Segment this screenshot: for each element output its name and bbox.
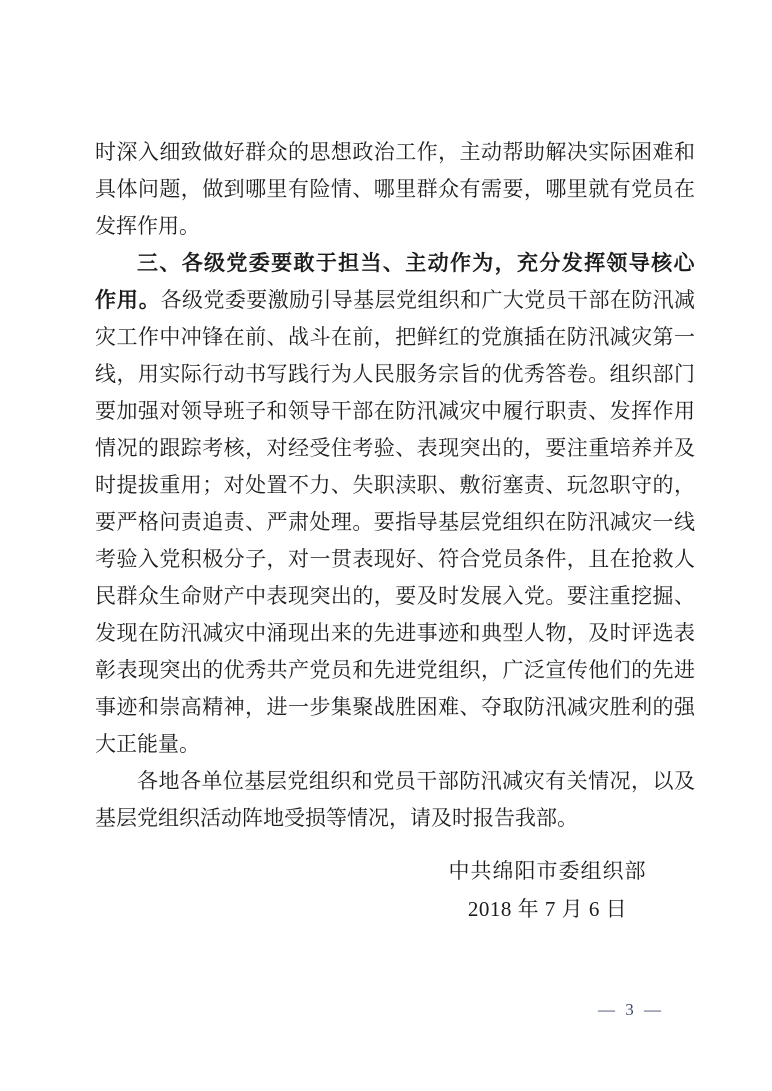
paragraph: 三、各级党委要敢于担当、主动作为，充分发挥领导核心作用。各级党委要激励引导基层党… xyxy=(95,245,695,763)
document-body: 时深入细致做好群众的思想政治工作，主动帮助解决实际困难和具体问题，做到哪里有险情… xyxy=(95,134,695,837)
paragraph-text-run: 时深入细致做好群众的思想政治工作，主动帮助解决实际困难和具体问题，做到哪里有险情… xyxy=(95,140,695,238)
signature-date: 2018 年 7 月 6 日 xyxy=(440,890,655,928)
paragraph: 各地各单位基层党组织和党员干部防汛减灾有关情况，以及基层党组织活动阵地受损等情况… xyxy=(95,763,695,837)
signature-organization: 中共绵阳市委组织部 xyxy=(440,852,655,890)
paragraph: 时深入细致做好群众的思想政治工作，主动帮助解决实际困难和具体问题，做到哪里有险情… xyxy=(95,134,695,245)
document-page: 时深入细致做好群众的思想政治工作，主动帮助解决实际困难和具体问题，做到哪里有险情… xyxy=(0,0,772,1091)
signature-block: 中共绵阳市委组织部 2018 年 7 月 6 日 xyxy=(440,852,655,928)
page-number: — 3 — xyxy=(598,1000,664,1020)
paragraph-text-run: 各地各单位基层党组织和党员干部防汛减灾有关情况，以及基层党组织活动阵地受损等情况… xyxy=(95,769,695,830)
paragraph-text-run: 各级党委要激励引导基层党组织和广大党员干部在防汛减灾工作中冲锋在前、战斗在前，把… xyxy=(95,288,695,756)
